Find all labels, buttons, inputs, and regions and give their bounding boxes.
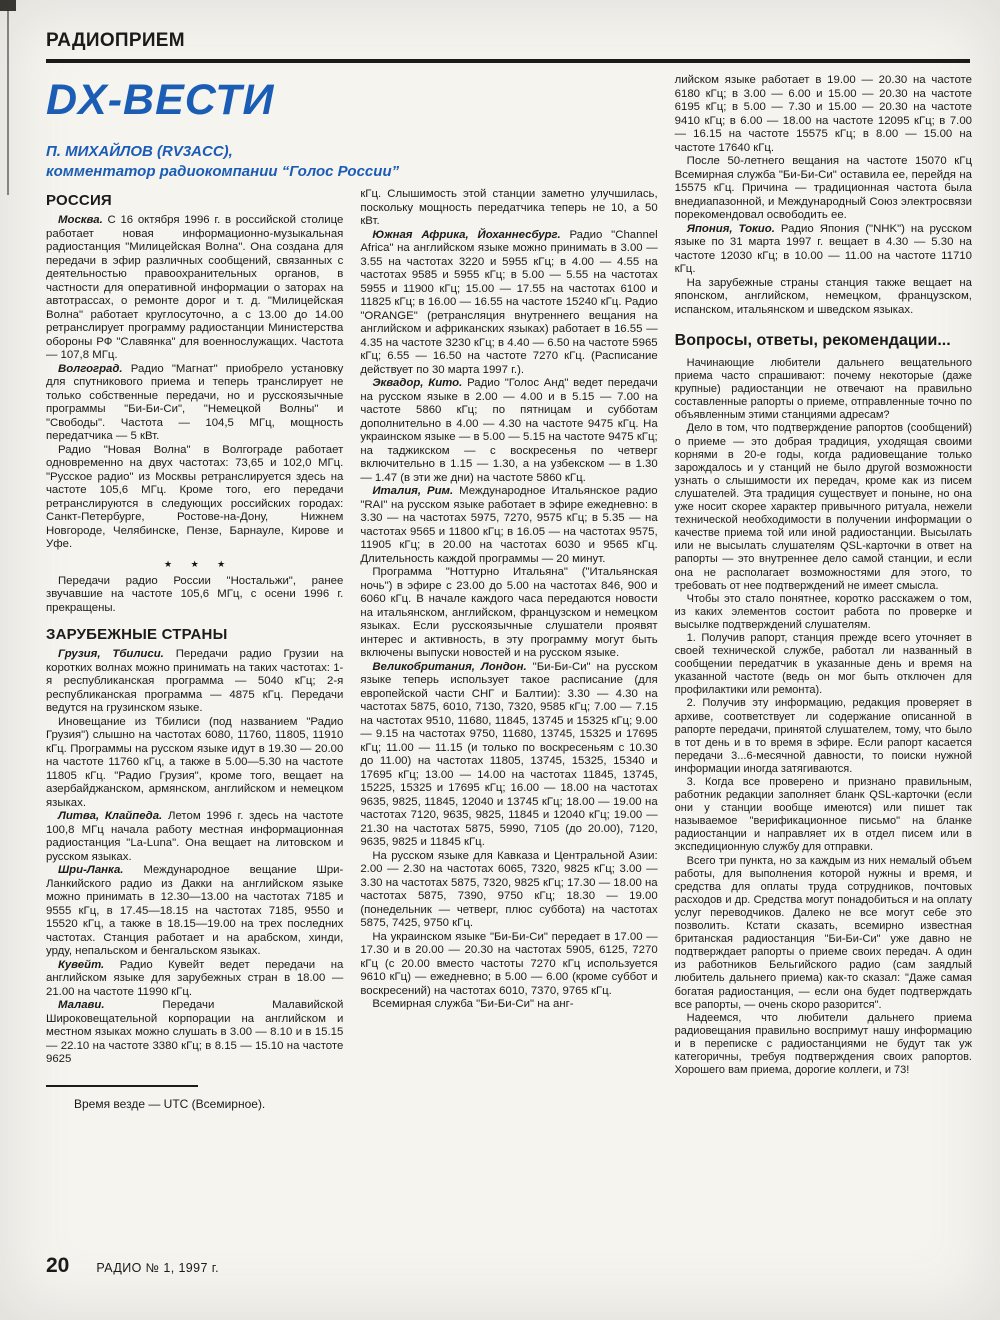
- column-2: кГц. Слышимость этой станции заметно улу…: [360, 68, 657, 1111]
- magazine-issue-label: РАДИО № 1, 1997 г.: [96, 1261, 219, 1275]
- paragraph-lead: Япония, Токио.: [687, 223, 775, 235]
- paragraph: Радио "Новая Волна" в Волгограде работае…: [46, 444, 343, 552]
- paragraph-lead: Кувейт.: [58, 959, 104, 971]
- paragraph: Начинающие любители дальнего вещательног…: [675, 357, 972, 422]
- paragraph-text: Иновещание из Тбилиси (под названием "Ра…: [46, 716, 343, 809]
- header-rule: [46, 59, 970, 63]
- paragraph-text: Всего три пункта, но за каждым из них не…: [675, 855, 972, 1011]
- footnote: Время везде — UTC (Всемирное).: [46, 1098, 343, 1112]
- paragraph-text: Начинающие любители дальнего вещательног…: [675, 357, 972, 421]
- paragraph: После 50-летнего вещания на частоте 1507…: [675, 155, 972, 223]
- paragraph-text: Радио "Новая Волна" в Волгограде работае…: [46, 444, 343, 551]
- paragraph: Япония, Токио. Радио Япония ("NHK") на р…: [675, 223, 972, 277]
- page-header: РАДИОПРИЕМ: [0, 0, 1000, 63]
- paragraph-text: С 16 октября 1996 г. в российской столиц…: [46, 214, 343, 361]
- page-number: 20: [46, 1254, 69, 1278]
- paragraph-text: "Би-Би-Си" на русском языке теперь испол…: [360, 661, 657, 849]
- paragraph: Италия, Рим. Международное Итальянское р…: [360, 485, 657, 566]
- paragraph: Передачи радио России "Ностальжи", ранее…: [46, 575, 343, 616]
- paragraph: 1. Получив рапорт, станция прежде всего …: [675, 632, 972, 697]
- byline-author: П. МИХАЙЛОВ (RV3ACC),: [46, 142, 646, 162]
- paragraph-text: лийском языке работает в 19.00 — 20.30 н…: [675, 74, 972, 154]
- paragraph: Грузия, Тбилиси. Передачи радио Грузии н…: [46, 648, 343, 716]
- paragraph-lead: Москва.: [58, 214, 103, 226]
- stars-divider: ★ ★ ★: [46, 559, 343, 570]
- paragraph: Литва, Клайпеда. Летом 1996 г. здесь на …: [46, 810, 343, 864]
- paragraph: На украинском языке "Би-Би-Си" передает …: [360, 931, 657, 999]
- paragraph: Всего три пункта, но за каждым из них не…: [675, 855, 972, 1012]
- paragraph-lead: Эквадор, Кито.: [372, 377, 462, 389]
- paragraph-lead: Литва, Клайпеда.: [58, 810, 162, 822]
- paragraph: Великобритания, Лондон. "Би-Би-Си" на ру…: [360, 661, 657, 850]
- paragraph-text: 1. Получив рапорт, станция прежде всего …: [675, 632, 972, 696]
- paragraph-text: Всемирная служба "Би-Би-Си" на анг-: [372, 998, 573, 1010]
- paragraph-text: 2. Получив эту информацию, редакция пров…: [675, 697, 972, 774]
- paragraph-lead: Грузия, Тбилиси.: [58, 648, 164, 660]
- paragraph: кГц. Слышимость этой станции заметно улу…: [360, 188, 657, 229]
- paragraph: Программа "Ноттурно Итальяна" ("Итальянс…: [360, 566, 657, 661]
- paragraph: Малави. Передачи Малавийской Широковещат…: [46, 999, 343, 1067]
- paragraph: Дело в том, что подтверждение рапортов (…: [675, 422, 972, 592]
- paragraph: Южная Африка, Йоханнесбург. Радио "Chann…: [360, 229, 657, 378]
- section-kicker: РАДИОПРИЕМ: [46, 30, 970, 52]
- page-footer: 20 РАДИО № 1, 1997 г.: [46, 1254, 219, 1278]
- paragraph-lead: Волгоград.: [58, 363, 123, 375]
- paragraph-text: Программа "Ноттурно Итальяна" ("Итальянс…: [360, 566, 657, 659]
- paragraph-text: Международное вещание Шри-Ланкийского ра…: [46, 864, 343, 957]
- paragraph: 2. Получив эту информацию, редакция пров…: [675, 697, 972, 776]
- paragraph: лийском языке работает в 19.00 — 20.30 н…: [675, 74, 972, 155]
- article-columns: РОССИЯМосква. С 16 октября 1996 г. в рос…: [0, 68, 1000, 1111]
- paragraph-lead: Шри-Ланка.: [58, 864, 123, 876]
- paragraph: Волгоград. Радио "Магнат" приобрело уста…: [46, 363, 343, 444]
- paragraph-text: Радио "Голос Анд" ведет передачи на русс…: [360, 377, 657, 484]
- paragraph-lead: Южная Африка, Йоханнесбург.: [372, 229, 560, 241]
- paragraph: Надеемся, что любители дальнего приема р…: [675, 1012, 972, 1077]
- paragraph-lead: Малави.: [58, 999, 105, 1011]
- paragraph-text: кГц. Слышимость этой станции заметно улу…: [360, 188, 657, 227]
- paragraph: На зарубежные страны станция также вещае…: [675, 277, 972, 318]
- paragraph-text: На зарубежные страны станция также вещае…: [675, 277, 972, 316]
- paragraph-lead: Великобритания, Лондон.: [372, 661, 526, 673]
- paragraph-text: На русском языке для Кавказа и Центральн…: [360, 850, 657, 930]
- section-heading: РОССИЯ: [46, 192, 343, 209]
- paragraph-text: После 50-летнего вещания на частоте 1507…: [675, 155, 972, 221]
- paragraph: Эквадор, Кито. Радио "Голос Анд" ведет п…: [360, 377, 657, 485]
- paragraph-text: На украинском языке "Би-Би-Си" передает …: [360, 931, 657, 997]
- article-title-block: DX-ВЕСТИ П. МИХАЙЛОВ (RV3ACC), комментат…: [46, 76, 646, 182]
- section-heading: Вопросы, ответы, рекомендации...: [675, 332, 972, 350]
- paragraph: Иновещание из Тбилиси (под названием "Ра…: [46, 716, 343, 811]
- article-title: DX-ВЕСТИ: [46, 76, 646, 125]
- column-1: РОССИЯМосква. С 16 октября 1996 г. в рос…: [46, 68, 343, 1111]
- paragraph-text: 3. Когда все проверено и признано правил…: [675, 776, 972, 853]
- byline-role: комментатор радиокомпании “Голос России”: [46, 162, 646, 182]
- paragraph-text: Передачи радио России "Ностальжи", ранее…: [46, 575, 343, 614]
- paragraph-text: Надеемся, что любители дальнего приема р…: [675, 1012, 972, 1076]
- paragraph: Кувейт. Радио Кувейт ведет передачи на а…: [46, 959, 343, 1000]
- article-byline: П. МИХАЙЛОВ (RV3ACC), комментатор радиок…: [46, 142, 646, 182]
- paragraph: Чтобы это стало понятнее, коротко расска…: [675, 593, 972, 632]
- paragraph-text: Радио "Channel Africa" на английском язы…: [360, 229, 657, 376]
- footnote-rule: [46, 1085, 198, 1087]
- paragraph: 3. Когда все проверено и признано правил…: [675, 776, 972, 855]
- paragraph: Москва. С 16 октября 1996 г. в российско…: [46, 214, 343, 363]
- paragraph-text: Дело в том, что подтверждение рапортов (…: [675, 422, 972, 591]
- magazine-page: РАДИОПРИЕМ DX-ВЕСТИ П. МИХАЙЛОВ (RV3ACC)…: [0, 0, 1000, 1320]
- paragraph: Шри-Ланка. Международное вещание Шри-Лан…: [46, 864, 343, 959]
- section-heading: ЗАРУБЕЖНЫЕ СТРАНЫ: [46, 626, 343, 643]
- paragraph: Всемирная служба "Би-Би-Си" на анг-: [360, 998, 657, 1012]
- column-3: лийском языке работает в 19.00 — 20.30 н…: [675, 68, 972, 1111]
- paragraph: На русском языке для Кавказа и Центральн…: [360, 850, 657, 931]
- paragraph-text: Чтобы это стало понятнее, коротко расска…: [675, 593, 972, 631]
- paragraph-lead: Италия, Рим.: [372, 485, 453, 497]
